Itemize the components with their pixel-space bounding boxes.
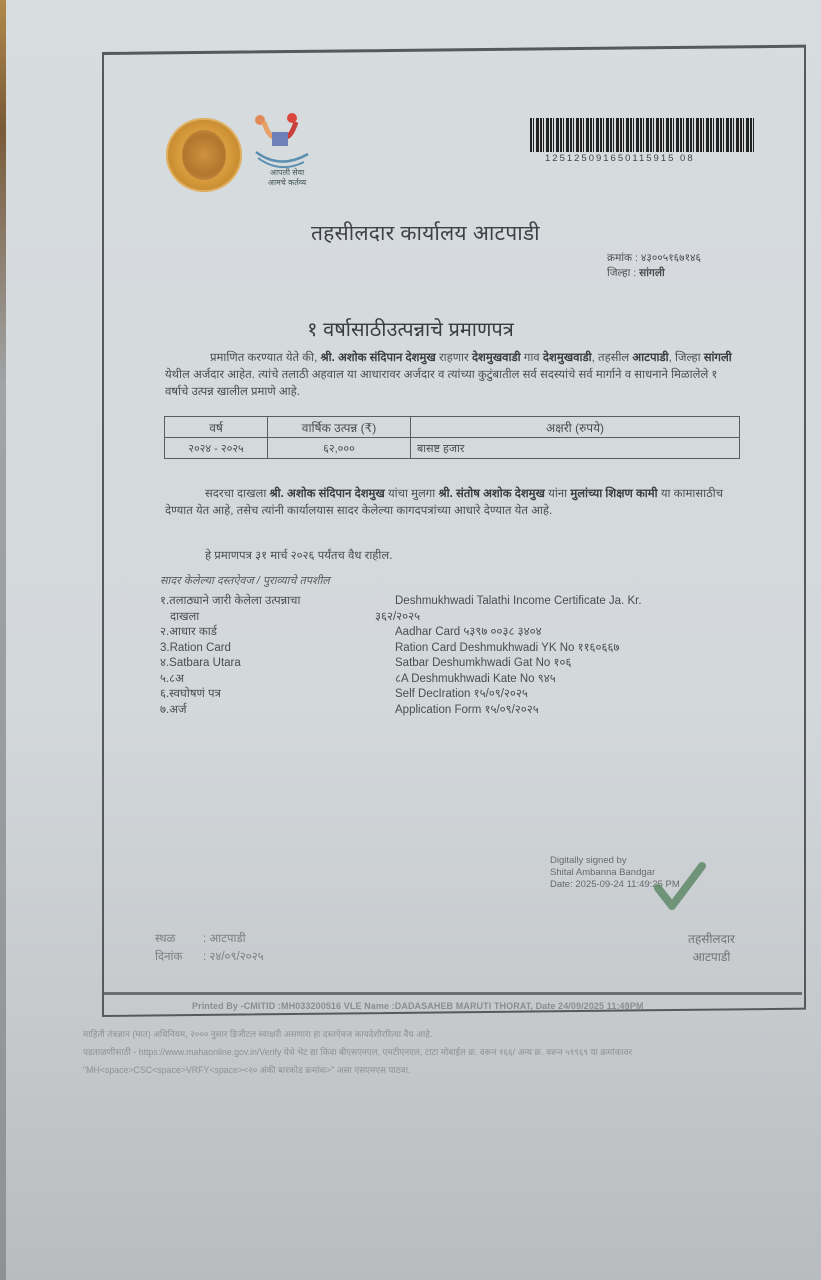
income-table-header: वर्ष वार्षिक उत्पन्न (₹) अक्षरी (रुपये) xyxy=(165,417,740,438)
date-value: २४/०९/२०२५ xyxy=(209,951,263,963)
photo-edge xyxy=(0,0,6,1280)
place-date: स्थळ: आटपाडी दिनांक: २४/०९/२०२५ xyxy=(155,930,264,966)
kramank-value: ४३००५१६७१४६ xyxy=(641,252,701,264)
maharashtra-state-emblem-icon xyxy=(166,118,242,192)
purpose-paragraph: सदरचा दाखला श्री. अशोक संदिपान देशमुख या… xyxy=(165,486,740,520)
place-value: आटपाडी xyxy=(209,933,245,945)
list-item: ४.Satbara UtaraSatbar Deshumkhwadi Gat N… xyxy=(160,656,720,672)
list-item: ५.८अ८A Deshmukhwadi Kate No ९४५ xyxy=(160,672,720,688)
validity-text: हे प्रमाणपत्र ३१ मार्च २०२६ पर्यंतच वैध … xyxy=(205,548,780,565)
logo-caption: आपली सेवा आमचे कर्तव्य xyxy=(262,168,312,188)
documents-heading: सादर केलेल्या दस्तऐवज / पुराव्याचे तपशील xyxy=(160,573,330,588)
verification-footer: माहिती तंत्रज्ञान (मात) अधिनियम, २००० नु… xyxy=(83,1025,821,1079)
barcode-icon xyxy=(530,118,756,152)
barcode-number: 125125091650115915 08 xyxy=(545,153,695,164)
certificate-title: १ वर्षासाठीउत्पन्नाचे प्रमाणपत्र xyxy=(0,315,821,342)
printed-by: Printed By -CMITID :MH033200516 VLE Name… xyxy=(192,1001,643,1011)
list-item: २.आधार कार्डAadhar Card ५३९७ ००३८ ३४०४ xyxy=(160,625,720,641)
emblem-lion-capital xyxy=(182,130,226,180)
list-item: १.तलाठ्याने जारी केलेला उत्पन्नाचाDeshmu… xyxy=(160,594,720,610)
table-row: २०२४ - २०२५ ६२,००० बासष्ट हजार xyxy=(165,438,740,459)
certificate-meta: क्रमांक : ४३००५१६७१४६ जिल्हा : सांगली xyxy=(607,251,701,281)
documents-list: १.तलाठ्याने जारी केलेला उत्पन्नाचाDeshmu… xyxy=(160,594,720,718)
green-checkmark-icon xyxy=(650,858,710,918)
list-item: ७.अर्जApplication Form १५/०९/२०२५ xyxy=(160,703,720,719)
tahsildar-designation: तहसीलदार आटपाडी xyxy=(688,930,735,966)
list-item: 3.Ration CardRation Card Deshmukhwadi YK… xyxy=(160,641,720,657)
list-item: दाखला३६२/२०२५ xyxy=(160,610,720,626)
printed-by-divider xyxy=(104,992,802,995)
income-table: वर्ष वार्षिक उत्पन्न (₹) अक्षरी (रुपये) … xyxy=(164,416,740,459)
certification-paragraph: प्रमाणित करण्यात येते की, श्री. अशोक संद… xyxy=(165,350,740,401)
office-title: तहसीलदार कार्यालय आटपाडी xyxy=(311,219,540,247)
list-item: ६.स्वघोषणं पत्रSelf DecIration १५/०९/२०२… xyxy=(160,687,720,703)
jilha-value: सांगली xyxy=(639,267,665,279)
